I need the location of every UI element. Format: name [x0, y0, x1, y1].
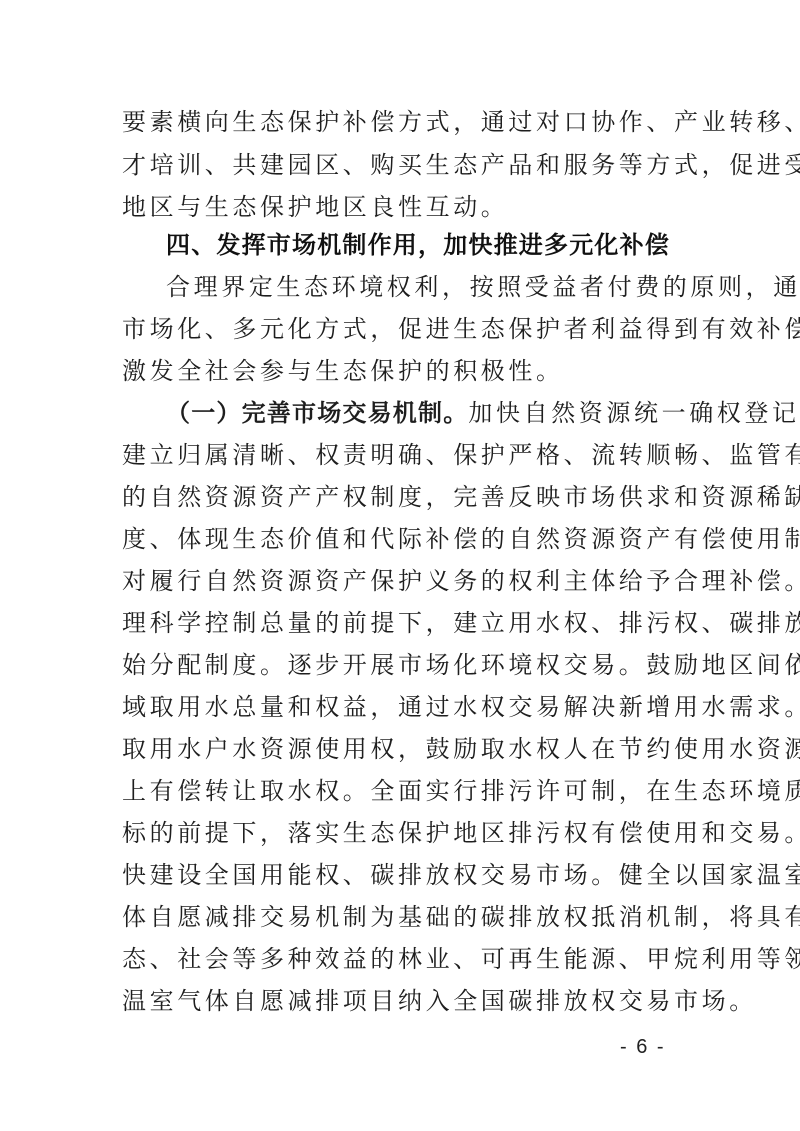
paragraph-line: 要素横向生态保护补偿方式，通过对口协作、产业转移、人 — [122, 107, 682, 137]
section-heading: 四、发挥市场机制作用，加快推进多元化补偿 — [166, 230, 682, 260]
paragraph-line: 度、体现生态价值和代际补偿的自然资源资产有偿使用制度， — [122, 524, 682, 554]
document-page: 要素横向生态保护补偿方式，通过对口协作、产业转移、人 才培训、共建园区、购买生态… — [0, 0, 800, 1131]
paragraph-line: 对履行自然资源资产保护义务的权利主体给予合理补偿。在合 — [122, 566, 682, 596]
subsection-title: （一）完善市场交易机制。 — [166, 398, 468, 427]
subsection-first-line: （一）完善市场交易机制。加快自然资源统一确权登记， — [166, 398, 682, 428]
paragraph-line: 态、社会等多种效益的林业、可再生能源、甲烷利用等领域 — [122, 944, 682, 974]
paragraph-line: 始分配制度。逐步开展市场化环境权交易。鼓励地区间依据区 — [122, 650, 682, 680]
paragraph-line: 才培训、共建园区、购买生态产品和服务等方式，促进受益 — [122, 150, 682, 180]
paragraph-line: 建立归属清晰、权责明确、保护严格、流转顺畅、监管有效 — [122, 440, 682, 470]
paragraph-line: 域取用水总量和权益，通过水权交易解决新增用水需求。明确 — [122, 692, 682, 722]
paragraph-line: 市场化、多元化方式，促进生态保护者利益得到有效补偿， — [122, 314, 682, 344]
paragraph-line: 温室气体自愿减排项目纳入全国碳排放权交易市场。 — [122, 986, 682, 1016]
paragraph-line: 激发全社会参与生态保护的积极性。 — [122, 356, 682, 386]
page-number: - 6 - — [620, 1036, 666, 1059]
paragraph-line: 取用水户水资源使用权，鼓励取水权人在节约使用水资源基础 — [122, 734, 682, 764]
subsection-text: 加快自然资源统一确权登记， — [468, 399, 800, 427]
paragraph-line: 地区与生态保护地区良性互动。 — [122, 192, 682, 222]
paragraph-line: 快建设全国用能权、碳排放权交易市场。健全以国家温室气 — [122, 860, 682, 890]
paragraph-line: 的自然资源资产产权制度，完善反映市场供求和资源稀缺程 — [122, 482, 682, 512]
paragraph-line: 标的前提下，落实生态保护地区排污权有偿使用和交易。加 — [122, 818, 682, 848]
paragraph-line: 理科学控制总量的前提下，建立用水权、排污权、碳排放权初 — [122, 608, 682, 638]
paragraph-line: 上有偿转让取水权。全面实行排污许可制，在生态环境质量达 — [122, 776, 682, 806]
paragraph-line: 体自愿减排交易机制为基础的碳排放权抵消机制，将具有生 — [122, 902, 682, 932]
paragraph-line: 合理界定生态环境权利，按照受益者付费的原则，通过 — [166, 272, 682, 302]
